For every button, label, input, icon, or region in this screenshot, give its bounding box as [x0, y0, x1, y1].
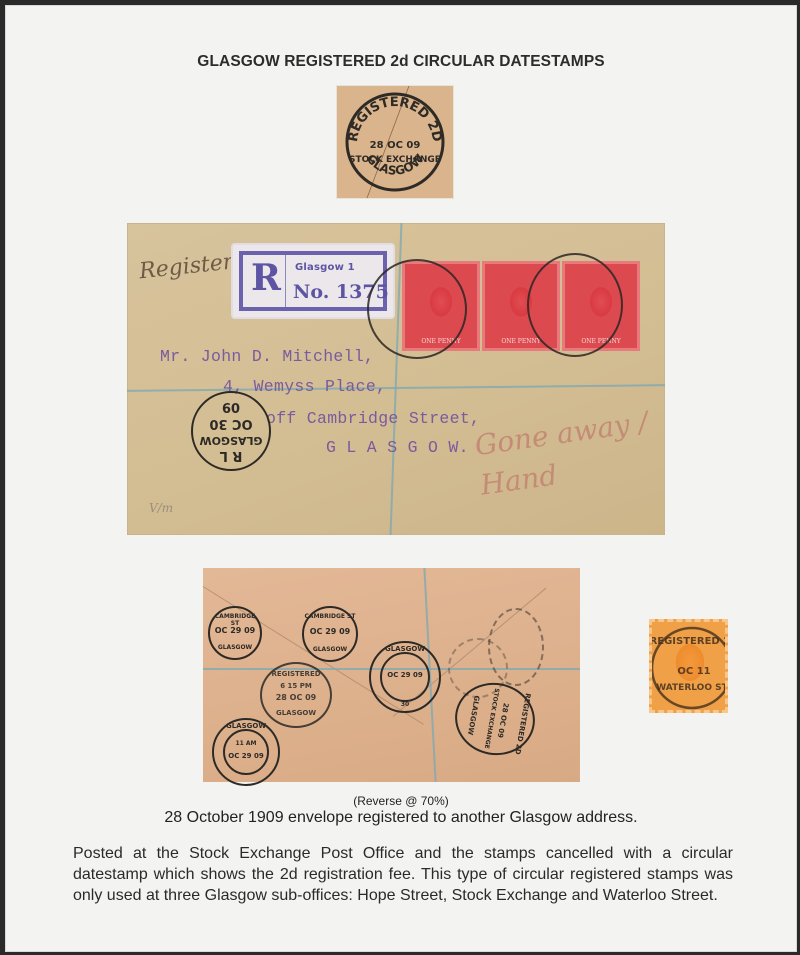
page-title: GLASGOW REGISTERED 2d CIRCULAR DATESTAMP… — [6, 53, 796, 71]
svg-text:WATERLOO ST: WATERLOO ST — [656, 683, 725, 693]
svg-text:28 OC 09: 28 OC 09 — [370, 140, 421, 151]
cover-caption: 28 October 1909 envelope registered to a… — [6, 809, 796, 827]
postmark-glasgow-duplex: GLASGOW 11 AM OC 29 09 — [212, 718, 280, 786]
address-line-4: G L A S G O W. — [326, 438, 469, 457]
pencil-mark: V/m — [149, 501, 173, 515]
address-line-3: off Cambridge Street, — [266, 409, 480, 428]
registered-datestamp-icon: REGISTERED 2D 28 OC 09 STOCK EXCHANGE GL… — [337, 86, 453, 198]
svg-text:OC 11: OC 11 — [677, 666, 710, 677]
reverse-caption: (Reverse @ 70%) — [6, 794, 796, 808]
address-line-2: 4, Wemyss Place, — [223, 377, 386, 396]
envelope-front-image: Registered R Glasgow 1 No. 1375 ONE PENN… — [127, 223, 665, 535]
address-line-1: Mr. John D. Mitchell, — [160, 347, 374, 366]
svg-text:REGISTERED 2D: REGISTERED 2D — [346, 95, 444, 143]
registration-office: Glasgow 1 — [295, 262, 355, 273]
registration-letter: R — [249, 257, 283, 299]
description-text: Posted at the Stock Exchange Post Office… — [73, 843, 733, 906]
single-stamp-waterloo-st: REGISTERED 2D OC 11 WATERLOO ST — [649, 619, 728, 713]
faint-postmark — [448, 638, 508, 698]
postmark-cambridge-st: CAMBRIDGE ST OC 29 09 GLASGOW — [208, 606, 262, 660]
waterloo-st-datestamp-icon: REGISTERED 2D OC 11 WATERLOO ST — [652, 622, 725, 710]
postmark-registered: REGISTERED 6 15 PM 28 OC 09 GLASGOW — [260, 662, 332, 728]
album-page: GLASGOW REGISTERED 2d CIRCULAR DATESTAMP… — [5, 5, 797, 952]
datestamp-detail-image: REGISTERED 2D 28 OC 09 STOCK EXCHANGE GL… — [336, 85, 454, 199]
svg-text:STOCK EXCHANGE: STOCK EXCHANGE — [349, 155, 441, 165]
registered-cancel-postmark — [367, 259, 467, 359]
postmark-cambridge-st: CAMBRIDGE ST OC 29 09 GLASGOW — [302, 606, 358, 662]
envelope-reverse-image: CAMBRIDGE ST OC 29 09 GLASGOW CAMBRIDGE … — [203, 568, 580, 782]
postmark-glasgow-duplex: GLASGOW OC 29 09 30 — [369, 641, 441, 713]
arrival-postmark: R L GLASGOW OC 30 09 — [191, 391, 271, 471]
registered-cancel-postmark — [527, 253, 623, 357]
svg-text:REGISTERED 2D: REGISTERED 2D — [652, 636, 725, 647]
crayon-note-gone-away: Gone away / Hand — [472, 400, 669, 505]
